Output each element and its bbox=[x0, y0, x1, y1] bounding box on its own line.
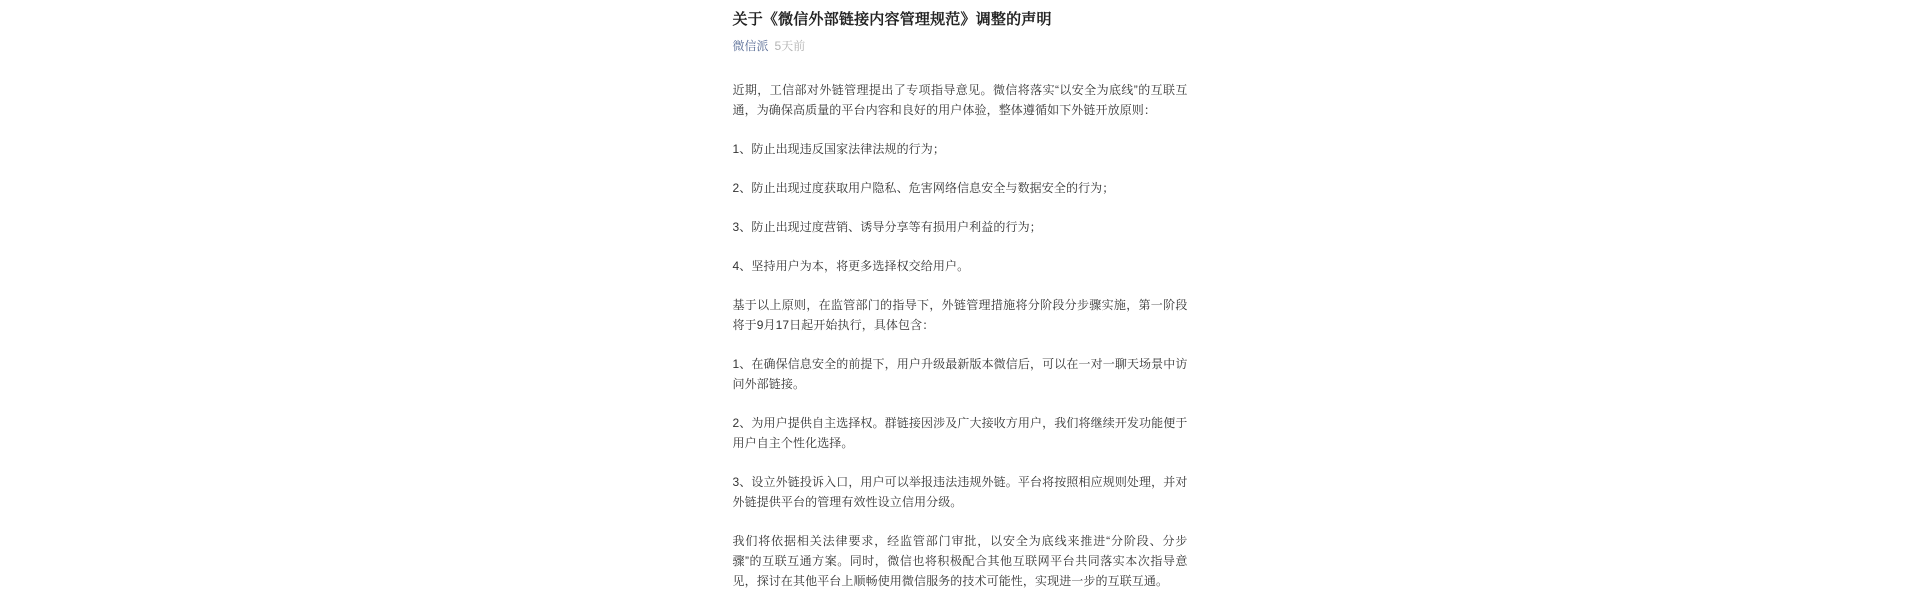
article-paragraph: 2、为用户提供自主选择权。群链接因涉及广大接收方用户，我们将继续开发功能便于用户… bbox=[733, 413, 1188, 453]
article-paragraph: 1、在确保信息安全的前提下，用户升级最新版本微信后，可以在一对一聊天场景中访问外… bbox=[733, 354, 1188, 394]
article-title: 关于《微信外部链接内容管理规范》调整的声明 bbox=[733, 9, 1188, 31]
article-body: 近期，工信部对外链管理提出了专项指导意见。微信将落实“以安全为底线”的互联互通，… bbox=[733, 80, 1188, 591]
article-paragraph: 3、防止出现过度营销、诱导分享等有损用户利益的行为； bbox=[733, 217, 1188, 237]
article-paragraph: 近期，工信部对外链管理提出了专项指导意见。微信将落实“以安全为底线”的互联互通，… bbox=[733, 80, 1188, 120]
article-timestamp: 5天前 bbox=[775, 38, 806, 54]
article-paragraph: 2、防止出现过度获取用户隐私、危害网络信息安全与数据安全的行为； bbox=[733, 178, 1188, 198]
article-paragraph: 1、防止出现违反国家法律法规的行为； bbox=[733, 139, 1188, 159]
article-source-link[interactable]: 微信派 bbox=[733, 38, 769, 54]
article-page: 关于《微信外部链接内容管理规范》调整的声明 微信派 5天前 近期，工信部对外链管… bbox=[0, 0, 1920, 600]
article-paragraph: 4、坚持用户为本，将更多选择权交给用户。 bbox=[733, 256, 1188, 276]
article-paragraph: 基于以上原则，在监管部门的指导下，外链管理措施将分阶段分步骤实施，第一阶段将于9… bbox=[733, 295, 1188, 335]
article-byline: 微信派 5天前 bbox=[733, 38, 1188, 54]
article-paragraph: 3、设立外链投诉入口，用户可以举报违法违规外链。平台将按照相应规则处理，并对外链… bbox=[733, 472, 1188, 512]
article-content: 关于《微信外部链接内容管理规范》调整的声明 微信派 5天前 近期，工信部对外链管… bbox=[733, 0, 1188, 591]
article-paragraph: 我们将依据相关法律要求，经监管部门审批，以安全为底线来推进“分阶段、分步骤”的互… bbox=[733, 531, 1188, 591]
